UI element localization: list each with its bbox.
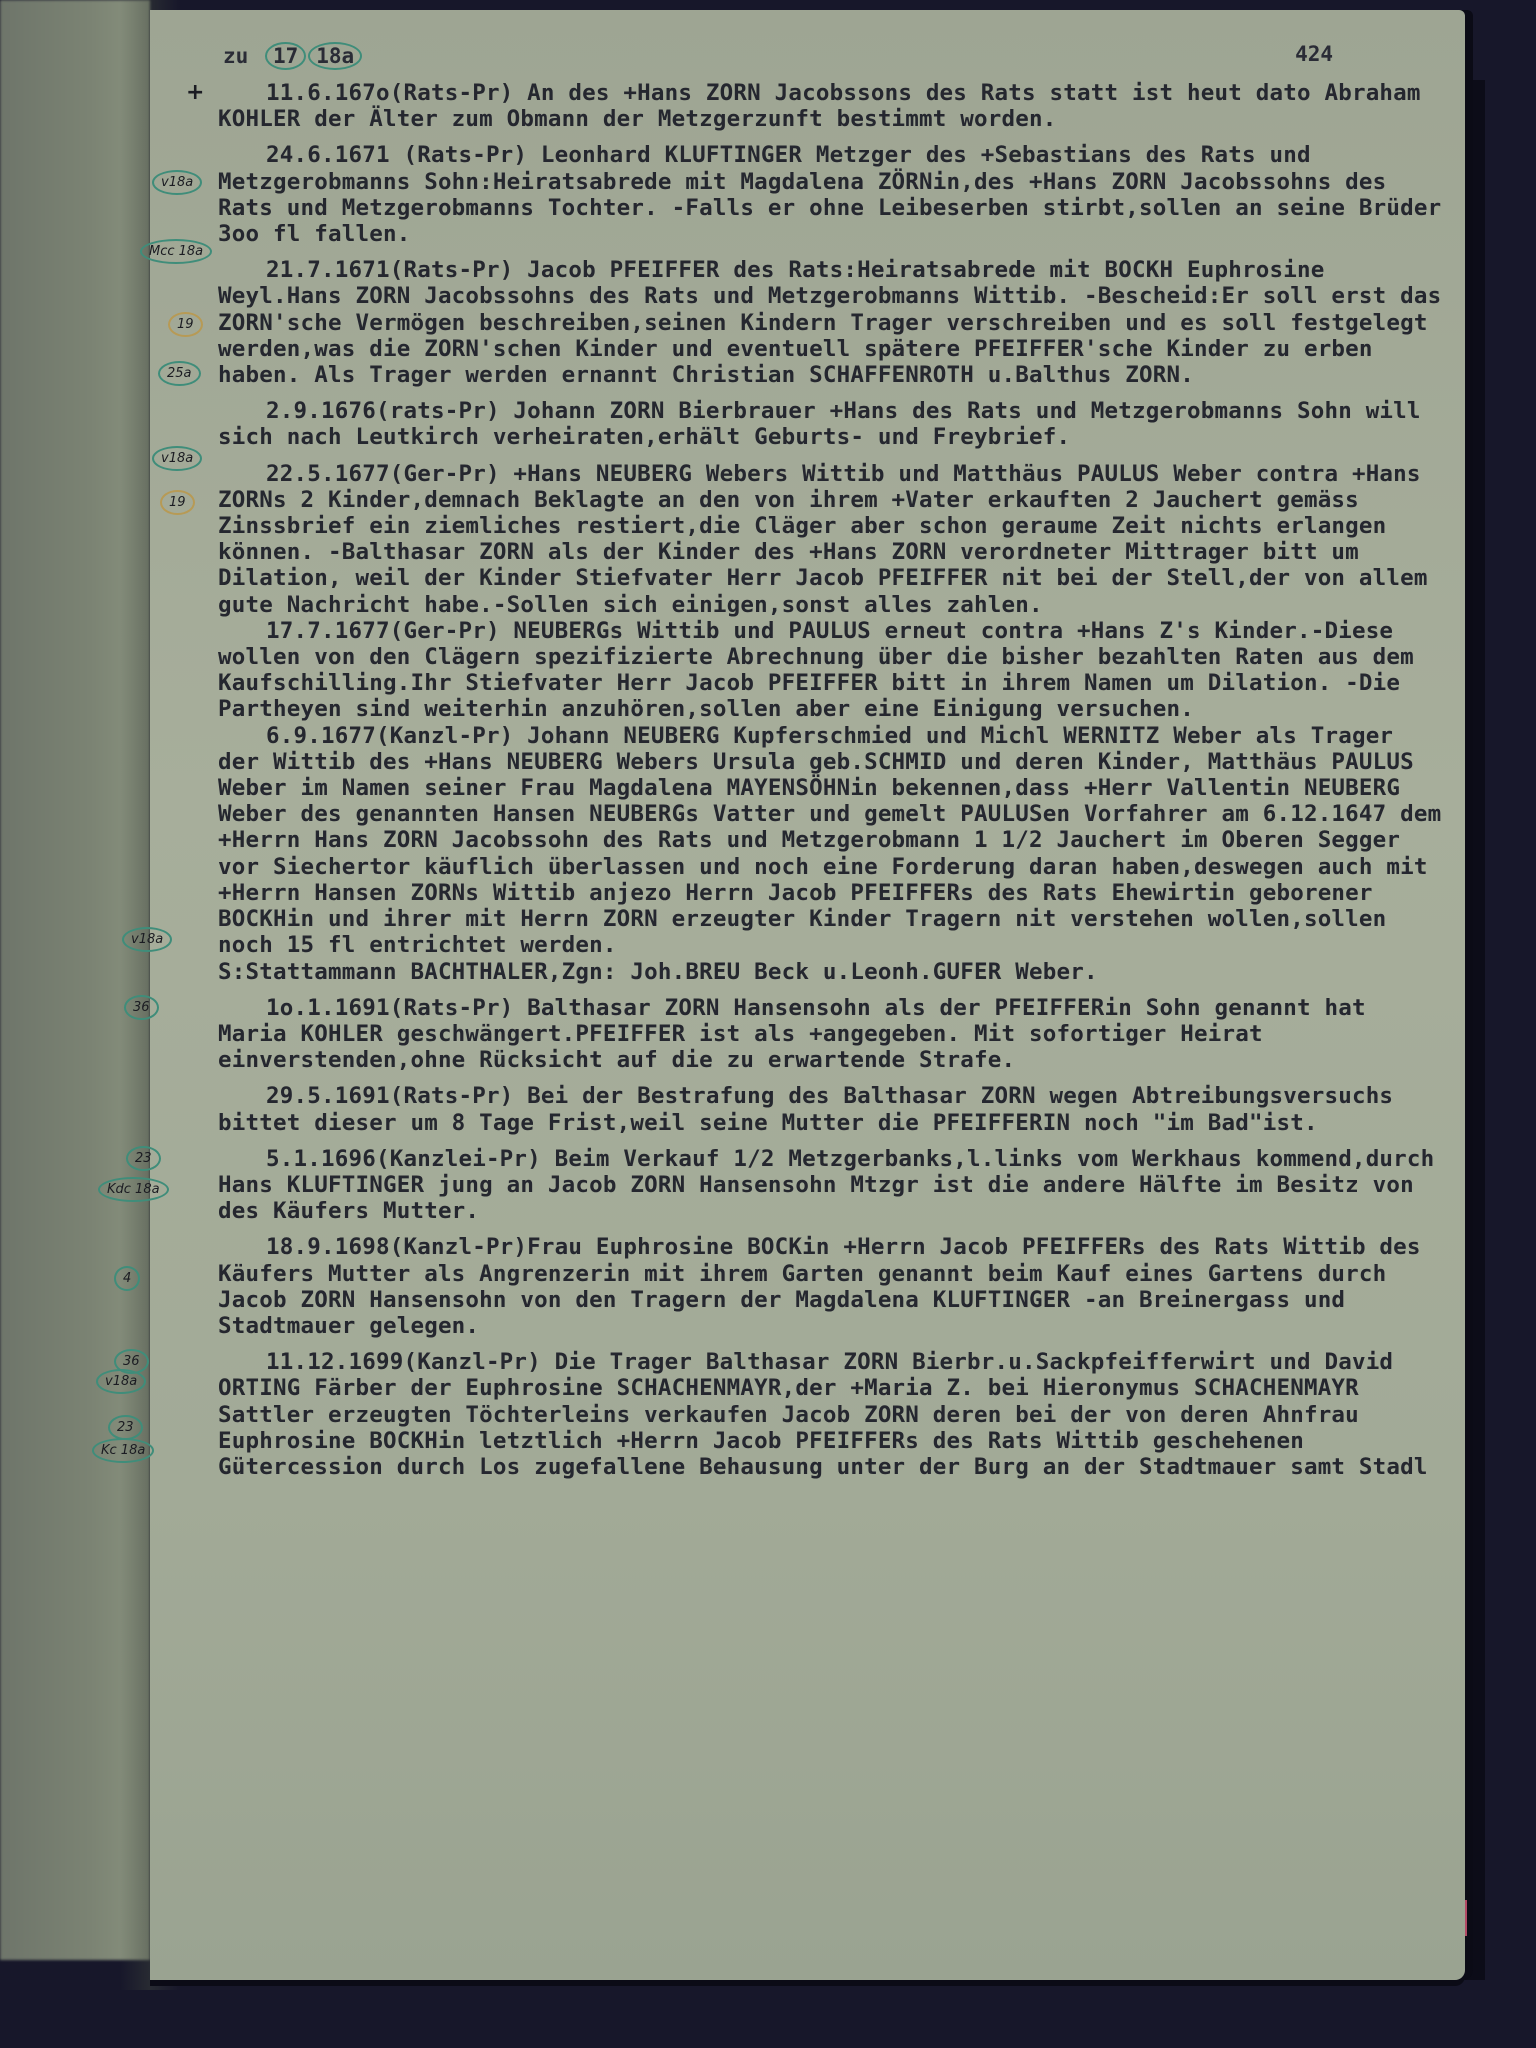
red-pencil-mark bbox=[1465, 1900, 1467, 1936]
margin-note: v18a bbox=[122, 927, 172, 952]
margin-note: Kc 18a bbox=[92, 1438, 154, 1463]
entry-1677-07-17: 17.7.1677(Ger-Pr) NEUBERGs Wittib und PA… bbox=[218, 618, 1448, 723]
entry-1671-06-24: 24.6.1671 (Rats-Pr) Leonhard KLUFTINGER … bbox=[218, 142, 1448, 247]
entry-1696-01-05: 5.1.1696(Kanzlei-Pr) Beim Verkauf 1/2 Me… bbox=[218, 1146, 1448, 1225]
margin-note: Mcc 18a bbox=[140, 239, 212, 264]
page-number: 424 bbox=[1295, 42, 1333, 66]
header-ref-circled: 18a bbox=[308, 42, 362, 70]
entry-1671-07-21: 21.7.1671(Rats-Pr) Jacob PFEIFFER des Ra… bbox=[218, 257, 1448, 388]
entry-1691-05-29: 29.5.1691(Rats-Pr) Bei der Bestrafung de… bbox=[218, 1083, 1448, 1135]
document-body: 11.6.167o(Rats-Pr) An des +Hans ZORN Jac… bbox=[218, 80, 1448, 1490]
margin-note: Kdc 18a bbox=[98, 1177, 169, 1202]
page-header: zu 1718a 424 bbox=[223, 42, 1333, 72]
entry-1677-05-22: 22.5.1677(Ger-Pr) +Hans NEUBERG Webers W… bbox=[218, 461, 1448, 618]
margin-note: 19 bbox=[160, 490, 195, 515]
margin-note: v18a bbox=[152, 446, 202, 471]
header-refs: 1718a bbox=[265, 42, 364, 70]
margin-note: v18a bbox=[96, 1369, 146, 1394]
entry-1698-09-18: 18.9.1698(Kanzl-Pr)Frau Euphrosine BOCKi… bbox=[218, 1234, 1448, 1339]
entry-1691-01-10: 1o.1.1691(Rats-Pr) Balthasar ZORN Hansen… bbox=[218, 995, 1448, 1074]
page-edge-shadow bbox=[1465, 80, 1485, 1980]
entry-1677-09-06: 6.9.1677(Kanzl-Pr) Johann NEUBERG Kupfer… bbox=[218, 723, 1448, 985]
entry-1699-12-11: 11.12.1699(Kanzl-Pr) Die Trager Balthasa… bbox=[218, 1349, 1448, 1480]
entry-1676-09-02: 2.9.1676(rats-Pr) Johann ZORN Bierbrauer… bbox=[218, 398, 1448, 450]
margin-note: v18a bbox=[152, 170, 202, 195]
header-prefix: zu bbox=[223, 44, 248, 68]
margin-note: 25a bbox=[158, 361, 201, 386]
margin-note: 36 bbox=[124, 995, 159, 1020]
margin-note-cross: + bbox=[186, 80, 204, 105]
entry-1670-06-11: 11.6.167o(Rats-Pr) An des +Hans ZORN Jac… bbox=[218, 80, 1448, 132]
margin-note: 23 bbox=[126, 1146, 161, 1171]
margin-note: 19 bbox=[168, 312, 203, 337]
margin-note: 23 bbox=[108, 1415, 143, 1440]
header-ref-circled: 17 bbox=[265, 42, 306, 70]
